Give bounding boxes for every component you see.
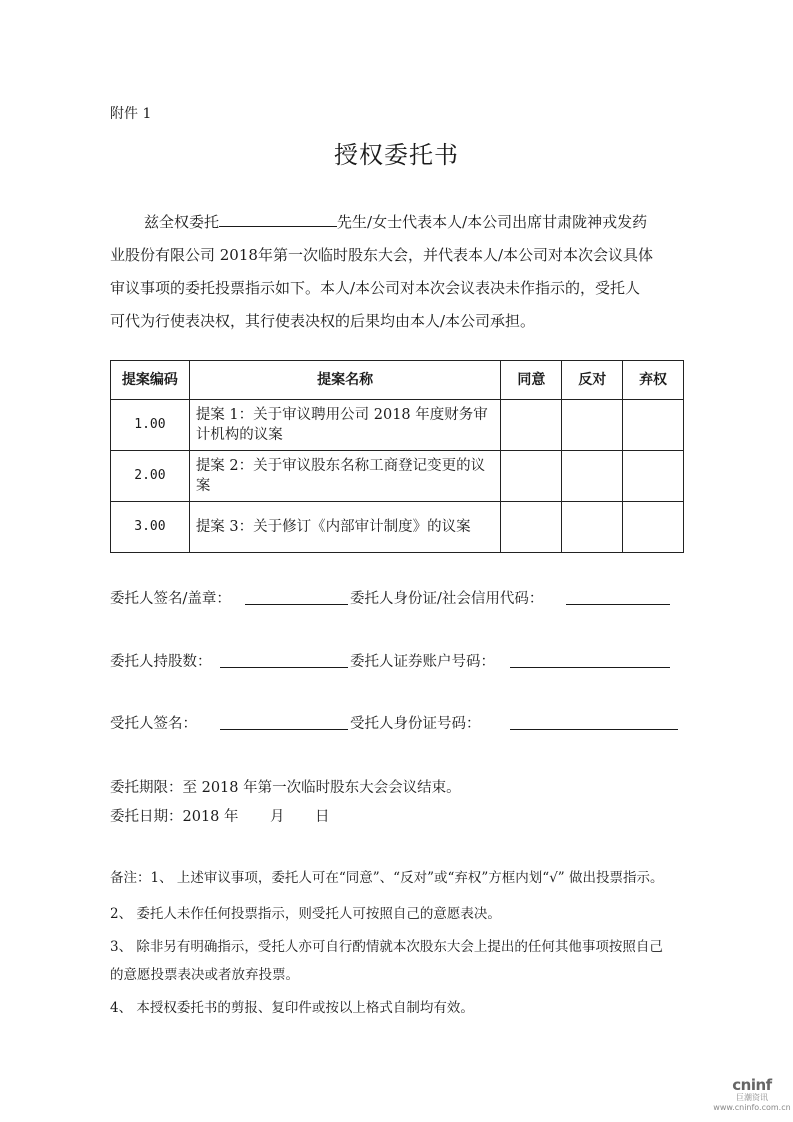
proposal-name: 提案 1：关于审议聘用公司 2018 年度财务审计机构的议案	[189, 400, 501, 451]
note-2: 2、 委托人未作任何投票指示，则受托人可按照自己的意愿表决。	[110, 902, 501, 922]
cninfo-watermark: cninf 巨潮资讯 www.cninfo.com.cn	[712, 1076, 792, 1112]
header-name: 提案名称	[189, 361, 501, 400]
principal-signature-blank[interactable]	[245, 603, 348, 605]
delegation-period: 委托期限：至 2018 年第一次临时股东大会会议结束。	[110, 776, 461, 797]
cninfo-cn-name: 巨潮资讯	[712, 1092, 792, 1103]
agree-box[interactable]	[501, 451, 562, 502]
shares-held-label: 委托人持股数：	[110, 650, 212, 671]
agree-box[interactable]	[501, 400, 562, 451]
principal-signature-label: 委托人签名/盖章：	[110, 587, 231, 608]
field-row-shares: 委托人持股数： 委托人证券账户号码：	[110, 650, 710, 672]
attachment-label: 附件 1	[110, 103, 151, 123]
day-label: 日	[315, 805, 330, 826]
abstain-box[interactable]	[623, 451, 684, 502]
shares-held-blank[interactable]	[220, 666, 348, 668]
intro-line-1: 兹全权委托先生/女士代表本人/本公司出席甘肃陇神戎发药	[110, 206, 685, 239]
date-label: 委托日期：2018 年	[110, 805, 239, 826]
intro-line-1-rest: 先生/女士代表本人/本公司出席甘肃陇神戎发药	[337, 213, 647, 231]
header-code: 提案编码	[111, 361, 190, 400]
note-4: 4、 本授权委托书的剪报、复印件或按以上格式自制均有效。	[110, 996, 474, 1016]
securities-account-label: 委托人证券账户号码：	[350, 650, 495, 671]
proposal-name: 提案 3：关于修订《内部审计制度》的议案	[189, 502, 501, 553]
delegation-date: 委托日期：2018 年 月 日	[110, 805, 410, 827]
proxy-id-label: 受托人身份证号码：	[350, 712, 481, 733]
table-row: 3.00 提案 3：关于修订《内部审计制度》的议案	[111, 502, 684, 553]
proposal-code: 1.00	[111, 400, 190, 451]
table-row: 2.00 提案 2：关于审议股东名称工商登记变更的议案	[111, 451, 684, 502]
header-abstain: 弃权	[623, 361, 684, 400]
proposal-table: 提案编码 提案名称 同意 反对 弃权 1.00 提案 1：关于审议聘用公司 20…	[110, 360, 684, 553]
intro-line-4: 可代为行使表决权，其行使表决权的后果均由本人/本公司承担。	[110, 305, 685, 338]
header-agree: 同意	[501, 361, 562, 400]
proxy-signature-blank[interactable]	[220, 728, 348, 730]
note-3-cont: 的意愿投票表决或者放弃投票。	[110, 963, 299, 983]
abstain-box[interactable]	[623, 502, 684, 553]
oppose-box[interactable]	[562, 400, 623, 451]
intro-line-3: 审议事项的委托投票指示如下。本人/本公司对本次会议表决未作指示的，受托人	[110, 272, 685, 305]
agree-box[interactable]	[501, 502, 562, 553]
oppose-box[interactable]	[562, 451, 623, 502]
principal-id-label: 委托人身份证/社会信用代码：	[350, 587, 543, 608]
cninfo-url: www.cninfo.com.cn	[712, 1103, 792, 1112]
note-3: 3、 除非另有明确指示，受托人亦可自行酌情就本次股东大会上提出的任何其他事项按照…	[110, 935, 663, 955]
intro-line-2: 业股份有限公司 2018年第一次临时股东大会，并代表本人/本公司对本次会议具体	[110, 239, 685, 272]
document-title: 授权委托书	[0, 135, 793, 170]
intro-prefix: 兹全权委托	[144, 213, 219, 231]
oppose-box[interactable]	[562, 502, 623, 553]
securities-account-blank[interactable]	[510, 666, 670, 668]
proposal-name: 提案 2：关于审议股东名称工商登记变更的议案	[189, 451, 501, 502]
month-label: 月	[270, 805, 285, 826]
proxy-name-blank[interactable]	[219, 210, 337, 227]
proposal-code: 2.00	[111, 451, 190, 502]
proxy-id-blank[interactable]	[510, 728, 678, 730]
principal-id-blank[interactable]	[566, 603, 670, 605]
note-1: 备注：1、 上述审议事项，委托人可在“同意”、“反对”或“弃权”方框内划“√” …	[110, 866, 664, 886]
field-row-principal: 委托人签名/盖章： 委托人身份证/社会信用代码：	[110, 587, 710, 609]
header-oppose: 反对	[562, 361, 623, 400]
field-row-proxy: 受托人签名： 受托人身份证号码：	[110, 712, 710, 734]
table-header-row: 提案编码 提案名称 同意 反对 弃权	[111, 361, 684, 400]
proxy-signature-label: 受托人签名：	[110, 712, 197, 733]
table-row: 1.00 提案 1：关于审议聘用公司 2018 年度财务审计机构的议案	[111, 400, 684, 451]
intro-paragraph: 兹全权委托先生/女士代表本人/本公司出席甘肃陇神戎发药 业股份有限公司 2018…	[110, 206, 685, 338]
proposal-code: 3.00	[111, 502, 190, 553]
abstain-box[interactable]	[623, 400, 684, 451]
